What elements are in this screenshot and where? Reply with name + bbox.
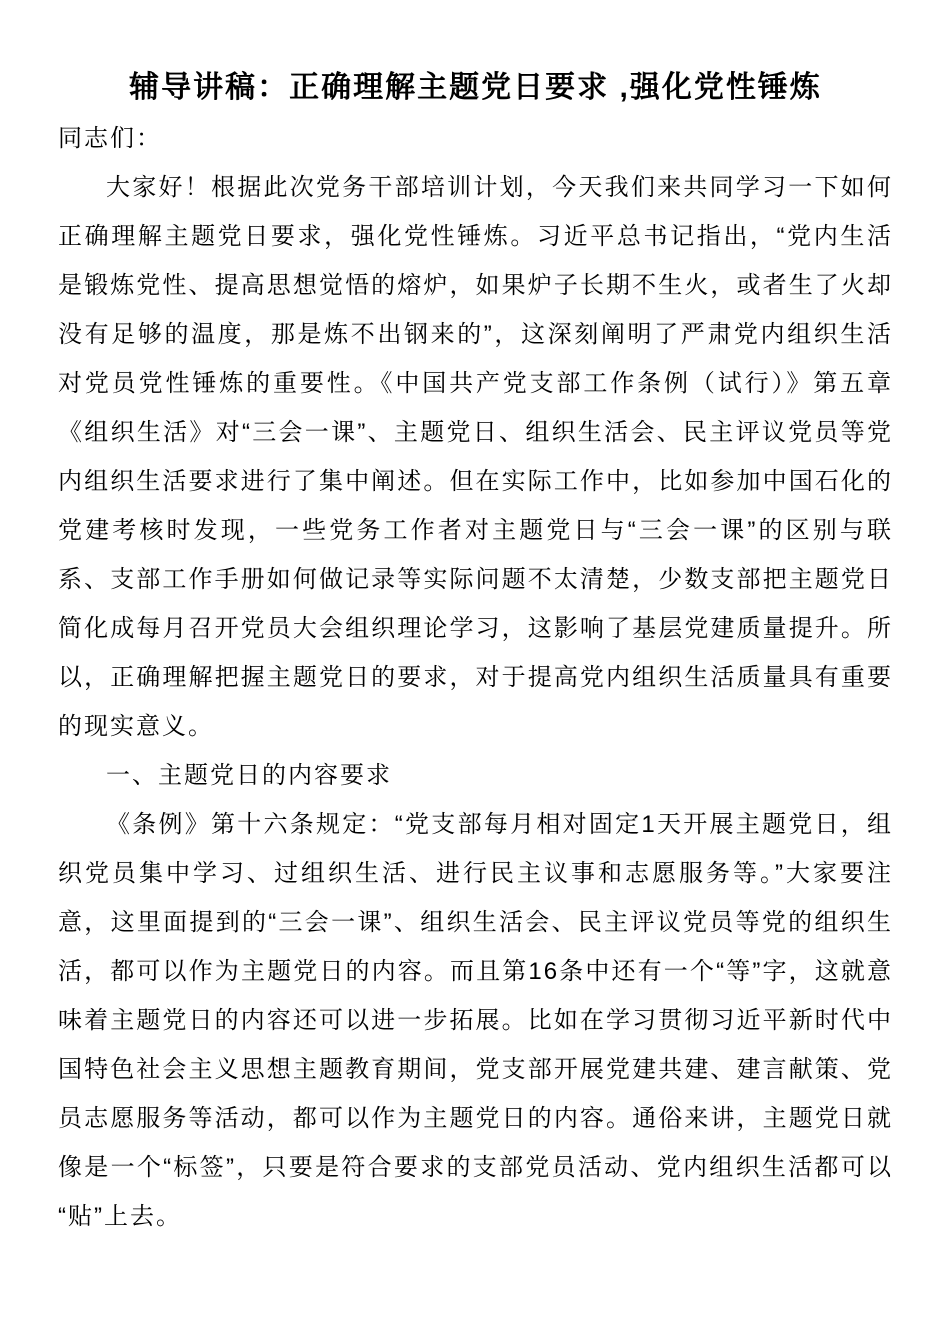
section-heading: 一、主题党日的内容要求 [58, 751, 893, 800]
salutation-line: 同志们： [58, 114, 893, 163]
section-paragraph: 《条例》第十六条规定：“党支部每月相对固定1天开展主题党日，组织党员集中学习、过… [58, 800, 893, 1241]
document-title: 辅导讲稿：正确理解主题党日要求 ,强化党性锤炼 [58, 62, 893, 114]
document-page: 辅导讲稿：正确理解主题党日要求 ,强化党性锤炼 同志们： 大家好！根据此次党务干… [0, 0, 950, 1344]
intro-paragraph: 大家好！根据此次党务干部培训计划，今天我们来共同学习一下如何正确理解主题党日要求… [58, 163, 893, 751]
